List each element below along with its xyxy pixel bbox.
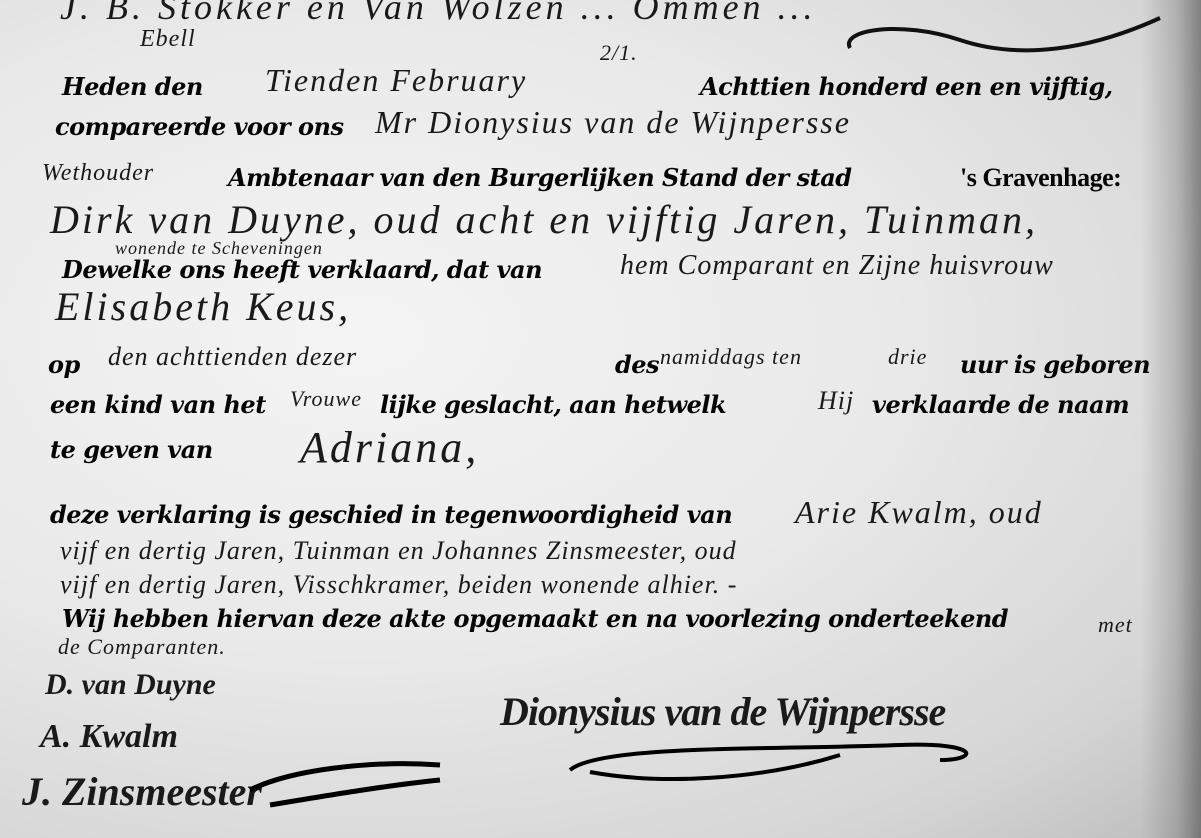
signature-father: D. van Duyne (45, 668, 216, 702)
handwritten-mother: Elisabeth Keus, (55, 283, 351, 330)
signature-witness-1: A. Kwalm (40, 718, 178, 756)
printed-year: Achttien honderd een en vijftig, (700, 72, 1113, 101)
printed-een-kind: een kind van het (50, 390, 266, 419)
official-signature-flourish (560, 730, 990, 790)
printed-op: op (48, 350, 80, 379)
page-edge-shadow (1141, 0, 1201, 838)
handwritten-child-name: Adriana, (300, 422, 479, 473)
printed-heden-den: Heden den (62, 72, 203, 101)
printed-dewelke: Dewelke ons heeft verklaard, dat van (62, 255, 542, 284)
signature-official: Dionysius van de Wijnpersse (500, 688, 945, 735)
record-number: 2/1. (600, 40, 638, 66)
handwritten-witness-1-details: vijf en dertig Jaren, Tuinman en Johanne… (60, 536, 737, 566)
handwritten-time-of-day: namiddags ten (660, 344, 802, 370)
handwritten-comparant: hem Comparant en Zijne huisvrouw (620, 250, 1054, 282)
printed-des: des (615, 350, 659, 379)
printed-ambtenaar: Ambtenaar van den Burgerlijken Stand der… (228, 163, 852, 192)
handwritten-hour: drie (888, 344, 927, 370)
witness-2-signature-flourish (250, 760, 450, 810)
header-margin-note: J. B. Stokker en Van Wolzen ... Ommen ..… (60, 0, 817, 28)
printed-city: 's Gravenhage: (960, 163, 1121, 193)
document-page: J. B. Stokker en Van Wolzen ... Ommen ..… (0, 0, 1201, 838)
printed-verklaring: deze verklaring is geschied in tegenwoor… (50, 500, 732, 529)
handwritten-witness-1: Arie Kwalm, oud (795, 494, 1043, 531)
handwritten-witness-2-details: vijf en dertig Jaren, Visschkramer, beid… (60, 570, 737, 600)
header-flourish (840, 10, 1180, 60)
handwritten-met: met (1098, 612, 1133, 638)
handwritten-father: Dirk van Duyne, oud acht en vijftig Jare… (50, 196, 1038, 243)
printed-wij-hebben: Wij hebben hiervan deze akte opgemaakt e… (62, 604, 1008, 633)
handwritten-de-comparanten: de Comparanten. (58, 634, 226, 660)
header-annotation: Ebell (140, 26, 196, 53)
handwritten-hij: Hij (818, 386, 854, 416)
printed-geslacht: lijke geslacht, aan hetwelk (380, 390, 726, 419)
printed-te-geven: te geven van (50, 435, 213, 464)
handwritten-gender: Vrouwe (290, 386, 362, 412)
printed-geboren: uur is geboren (960, 350, 1150, 379)
handwritten-wethouder: Wethouder (42, 160, 154, 187)
handwritten-day: den achttienden dezer (108, 342, 357, 372)
handwritten-date: Tienden February (265, 62, 527, 99)
handwritten-official-name: Mr Dionysius van de Wijnpersse (375, 104, 851, 141)
signature-witness-2: J. Zinsmeester (22, 768, 262, 815)
printed-verklaarde: verklaarde de naam (872, 390, 1129, 419)
printed-compareerde: compareerde voor ons (55, 112, 344, 141)
